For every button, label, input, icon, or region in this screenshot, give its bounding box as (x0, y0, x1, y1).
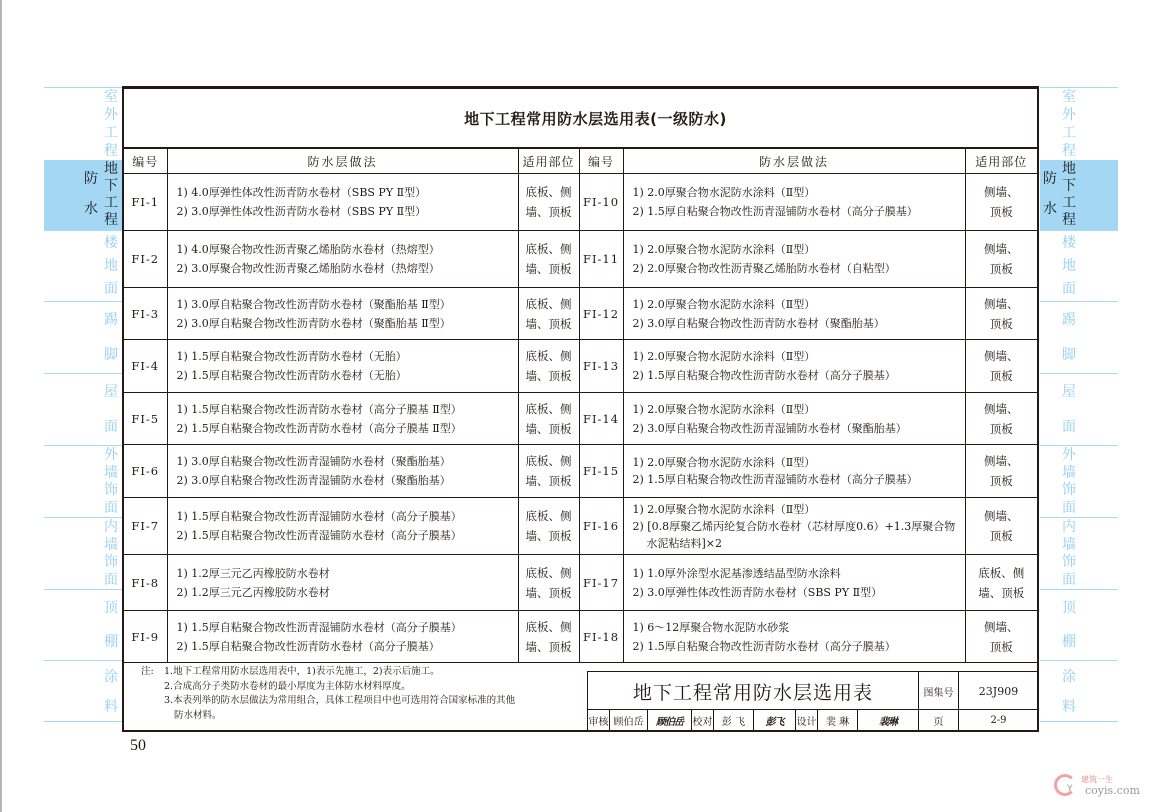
row-scope: 侧墙、顶板 (965, 231, 1037, 288)
side-tab-label: 顶棚 (104, 591, 118, 660)
review-label: 审核 (588, 710, 610, 731)
side-tab-5[interactable]: 外墙饰面 (1040, 445, 1118, 517)
note-item: 3.本表列举的防水层做法为常用组合，具体工程项目中也可选用符合国家标准的其他 (164, 694, 587, 709)
side-tab-6[interactable]: 内墙饰面 (1040, 517, 1118, 589)
side-tab-char: 室 (104, 89, 118, 106)
method-step: 2) 2.0厚聚合物改性沥青聚乙烯胎防水卷材（自粘型） (633, 259, 965, 278)
method-step: 1) 6～12厚聚合物水泥防水砂浆 (633, 618, 965, 637)
table-title: 地下工程常用防水层选用表(一级防水) (464, 108, 727, 129)
atlas-number: 23J909 (959, 672, 1038, 710)
side-tab-category-char: 水 (84, 198, 98, 218)
side-tab-char: 饰 (1062, 482, 1076, 499)
scope-line: 侧墙、 (970, 346, 1034, 366)
page-label: 页 (919, 710, 959, 731)
side-tab-char: 饰 (1062, 554, 1076, 571)
side-tab-label: 涂料 (104, 662, 118, 722)
side-tab-char: 脚 (104, 347, 118, 364)
method-step: 2) 3.0厚自粘聚合物改性沥青湿铺防水卷材（聚酯胎基） (177, 471, 518, 490)
side-tab-2[interactable]: 楼地面 (1040, 230, 1118, 301)
note-item: 1.地下工程常用防水层选用表中，1)表示先施工，2)表示后施工。 (164, 665, 587, 680)
header-code-left: 编号 (124, 149, 167, 174)
scope-line: 顶板 (970, 202, 1034, 222)
row-scope: 侧墙、顶板 (965, 611, 1037, 663)
row-code: FI-8 (124, 555, 167, 611)
side-tab-5[interactable]: 外墙饰面 (44, 445, 122, 517)
method-step: 2) 1.5厚自粘聚合物改性沥青防水卷材（高分子膜基） (633, 637, 965, 656)
side-tab-6[interactable]: 内墙饰面 (44, 517, 122, 589)
page-edge (0, 0, 2, 812)
method-step: 1) 1.5厚自粘聚合物改性沥青湿铺防水卷材（高分子膜基） (177, 618, 518, 637)
scope-line: 侧墙、 (970, 182, 1034, 202)
side-tab-char: 顶 (104, 600, 118, 617)
scope-line: 底板、侧 (523, 617, 575, 637)
side-tab-label: 室外工程 (104, 89, 118, 160)
designer-signature: 裴琳 (858, 710, 919, 731)
method-step: 2) 3.0厚自粘聚合物改性沥青湿铺防水卷材（聚酯胎基） (633, 419, 965, 438)
row-scope: 底板、侧墙、顶板 (518, 340, 579, 393)
table-title-row: 地下工程常用防水层选用表(一级防水) (124, 89, 1037, 148)
side-tab-char: 墙 (1062, 465, 1076, 482)
row-scope: 底板、侧墙、顶板 (965, 555, 1037, 611)
side-tab-char: 楼 (104, 235, 118, 252)
side-tab-char: 面 (1062, 572, 1076, 589)
row-method: 1) 2.0厚聚合物水泥防水涂料（Ⅱ型）2) 2.0厚聚合物改性沥青聚乙烯胎防水… (623, 231, 965, 288)
row-code: FI-10 (579, 174, 623, 231)
reviewer-name: 顾伯岳 (610, 710, 648, 731)
side-tab-7[interactable]: 顶棚 (44, 589, 122, 660)
method-step: 2) 1.5厚自粘聚合物改性沥青湿铺防水卷材（高分子膜基） (633, 471, 965, 488)
side-tab-3[interactable]: 踢脚 (44, 301, 122, 373)
side-tab-char: 屋 (1062, 384, 1076, 401)
row-code: FI-15 (579, 445, 623, 498)
side-tab-char: 踢 (1062, 312, 1076, 329)
side-tab-label: 外墙饰面 (104, 447, 118, 517)
side-tab-8[interactable]: 涂料 (44, 660, 122, 722)
scope-line: 侧墙、 (970, 506, 1034, 526)
side-tab-char: 外 (1062, 107, 1076, 124)
method-step: 1) 1.5厚自粘聚合物改性沥青防水卷材（无胎） (177, 347, 518, 366)
method-step: 1) 3.0厚自粘聚合物改性沥青湿铺防水卷材（聚酯胎基） (177, 452, 518, 471)
method-step: 2) 1.5厚自粘聚合物改性沥青湿铺防水卷材（高分子膜基） (177, 526, 518, 545)
scope-line: 底板、侧 (523, 182, 575, 202)
method-step: 2) 3.0厚聚合物改性沥青聚乙烯胎防水卷材（热熔型） (177, 259, 518, 278)
row-code: FI-13 (579, 340, 623, 393)
table-header-row: 编号 防水层做法 适用部位 编号 防水层做法 适用部位 (124, 149, 1037, 174)
side-tab-char: 面 (104, 419, 118, 436)
side-tab-4[interactable]: 屋面 (1040, 373, 1118, 445)
scope-line: 顶板 (970, 419, 1034, 439)
scope-line: 顶板 (970, 366, 1034, 386)
side-tab-label: 室外工程 (1062, 89, 1076, 160)
note-item: 防水材料。 (164, 709, 587, 724)
method-step: 1) 1.5厚自粘聚合物改性沥青防水卷材（高分子膜基 Ⅱ型） (177, 400, 518, 419)
side-tab-divider (1040, 721, 1118, 722)
method-step: 2) 3.0厚弹性体改性沥青防水卷材（SBS PY Ⅱ型） (177, 202, 518, 221)
side-tab-char: 面 (104, 500, 118, 517)
table-row: FI-21) 4.0厚聚合物改性沥青聚乙烯胎防水卷材（热熔型）2) 3.0厚聚合… (124, 231, 1037, 288)
side-tab-1[interactable]: 地下工程防水 (1040, 160, 1118, 230)
method-step: 1) 1.5厚自粘聚合物改性沥青湿铺防水卷材（高分子膜基） (177, 507, 518, 526)
row-method: 1) 4.0厚弹性体改性沥青防水卷材（SBS PY Ⅱ型）2) 3.0厚弹性体改… (167, 174, 518, 231)
method-step: 1) 2.0厚聚合物水泥防水涂料（Ⅱ型） (633, 295, 965, 314)
title-block: 地下工程常用防水层选用表 图集号 23J909 审核 顾伯岳 顾伯岳 校对 彭 … (587, 671, 1037, 731)
side-tab-char: 室 (1062, 89, 1076, 106)
side-tab-1[interactable]: 地下工程防水 (44, 160, 122, 230)
row-method: 1) 6～12厚聚合物水泥防水砂浆2) 1.5厚自粘聚合物改性沥青防水卷材（高分… (623, 611, 965, 663)
side-tab-char: 面 (104, 281, 118, 298)
row-method: 1) 1.5厚自粘聚合物改性沥青防水卷材（无胎）2) 1.5厚自粘聚合物改性沥青… (167, 340, 518, 393)
row-method: 1) 1.5厚自粘聚合物改性沥青湿铺防水卷材（高分子膜基）2) 1.5厚自粘聚合… (167, 498, 518, 555)
row-scope: 底板、侧墙、顶板 (518, 231, 579, 288)
method-step: 1) 1.2厚三元乙丙橡胶防水卷材 (177, 564, 518, 583)
side-tab-char: 屋 (104, 384, 118, 401)
row-code: FI-7 (124, 498, 167, 555)
side-tab-label: 地下工程 (1062, 161, 1076, 229)
scope-line: 底板、侧 (523, 294, 575, 314)
row-scope: 底板、侧墙、顶板 (518, 174, 579, 231)
atlas-label: 图集号 (919, 672, 959, 710)
scope-line: 墙、顶板 (523, 314, 575, 334)
row-code: FI-6 (124, 445, 167, 498)
side-tab-char: 踢 (104, 312, 118, 329)
row-scope: 侧墙、顶板 (965, 393, 1037, 445)
side-tab-char: 墙 (104, 537, 118, 554)
header-method-right: 防水层做法 (623, 149, 965, 174)
side-tab-4[interactable]: 屋面 (44, 373, 122, 445)
row-method: 1) 2.0厚聚合物水泥防水涂料（Ⅱ型）2) 3.0厚自粘聚合物改性沥青防水卷材… (623, 288, 965, 340)
side-tab-label: 屋面 (104, 375, 118, 445)
side-tab-0[interactable]: 室外工程 (1040, 87, 1118, 160)
row-code: FI-2 (124, 231, 167, 288)
side-tab-char: 工 (1062, 195, 1076, 212)
row-method: 1) 1.5厚自粘聚合物改性沥青湿铺防水卷材（高分子膜基）2) 1.5厚自粘聚合… (167, 611, 518, 663)
method-step: 2) 1.5厚自粘聚合物改性沥青湿铺防水卷材（高分子膜基） (633, 202, 965, 221)
method-step: 2) 1.5厚自粘聚合物改性沥青防水卷材（无胎） (177, 366, 518, 385)
row-code: FI-18 (579, 611, 623, 663)
method-step: 2) 1.5厚自粘聚合物改性沥青防水卷材（高分子膜基） (177, 637, 518, 656)
reviewer-signature: 顾伯岳 (648, 710, 692, 731)
method-step: 2) 3.0厚自粘聚合物改性沥青防水卷材（聚酯胎基 Ⅱ型） (177, 314, 518, 333)
row-method: 1) 1.2厚三元乙丙橡胶防水卷材2) 1.2厚三元乙丙橡胶防水卷材 (167, 555, 518, 611)
row-code: FI-17 (579, 555, 623, 611)
side-tab-char: 外 (104, 447, 118, 464)
method-step: 1) 3.0厚自粘聚合物改性沥青防水卷材（聚酯胎基 Ⅱ型） (177, 295, 518, 314)
scope-line: 顶板 (970, 471, 1034, 491)
notes-label: 注: (141, 665, 154, 680)
notes: 注: 1.地下工程常用防水层选用表中，1)表示先施工，2)表示后施工。 2.合成… (124, 661, 587, 731)
side-tab-divider (44, 721, 122, 722)
scope-line: 底板、侧 (523, 346, 575, 366)
side-tabs-left: 室外工程地下工程防水楼地面踢脚屋面外墙饰面内墙饰面顶棚涂料 (44, 87, 122, 722)
side-tab-char: 面 (104, 572, 118, 589)
table-row: FI-51) 1.5厚自粘聚合物改性沥青防水卷材（高分子膜基 Ⅱ型）2) 1.5… (124, 393, 1037, 445)
method-step: 1) 2.0厚聚合物水泥防水涂料（Ⅱ型） (633, 454, 965, 471)
side-tab-3[interactable]: 踢脚 (1040, 301, 1118, 373)
row-code: FI-4 (124, 340, 167, 393)
side-tab-char: 程 (1062, 212, 1076, 229)
scope-line: 侧墙、 (970, 294, 1034, 314)
scope-line: 底板、侧 (523, 399, 575, 419)
scope-line: 墙、顶板 (523, 583, 575, 603)
method-step: 2) 1.2厚三元乙丙橡胶防水卷材 (177, 583, 518, 602)
side-tab-char: 涂 (104, 669, 118, 686)
side-tab-char: 程 (1062, 143, 1076, 160)
side-tab-label: 内墙饰面 (1062, 519, 1076, 589)
row-scope: 侧墙、顶板 (965, 340, 1037, 393)
scope-line: 顶板 (970, 526, 1034, 546)
drawing-name: 地下工程常用防水层选用表 (588, 672, 919, 710)
side-tab-char: 棚 (104, 634, 118, 651)
page-code: 2-9 (959, 710, 1038, 731)
row-code: FI-12 (579, 288, 623, 340)
row-method: 1) 2.0厚聚合物水泥防水涂料（Ⅱ型）2) 3.0厚自粘聚合物改性沥青湿铺防水… (623, 393, 965, 445)
checker-signature: 彭飞 (754, 710, 796, 731)
row-method: 1) 1.0厚外涂型水泥基渗透结晶型防水涂料2) 3.0厚弹性体改性沥青防水卷材… (623, 555, 965, 611)
side-tab-char: 料 (1062, 699, 1076, 716)
row-scope: 底板、侧墙、顶板 (518, 611, 579, 663)
side-tab-label: 顶棚 (1062, 591, 1076, 660)
side-tab-char: 工 (104, 125, 118, 142)
row-code: FI-3 (124, 288, 167, 340)
side-tab-category-char: 防 (84, 168, 98, 188)
side-tab-0[interactable]: 室外工程 (44, 87, 122, 160)
method-step: 2) 1.5厚自粘聚合物改性沥青防水卷材（高分子膜基 Ⅱ型） (177, 419, 518, 438)
table-row: FI-71) 1.5厚自粘聚合物改性沥青湿铺防水卷材（高分子膜基）2) 1.5厚… (124, 498, 1037, 555)
side-tab-char: 墙 (1062, 537, 1076, 554)
method-step: 2) 3.0厚自粘聚合物改性沥青防水卷材（聚酯胎基） (633, 314, 965, 333)
scope-line: 底板、侧 (523, 563, 575, 583)
side-tab-category-char: 水 (1043, 198, 1057, 218)
side-tab-label: 楼地面 (104, 232, 118, 301)
side-tab-char: 面 (1062, 500, 1076, 517)
side-tab-char: 外 (1062, 447, 1076, 464)
design-label: 设计 (796, 710, 818, 731)
side-tab-char: 下 (1062, 178, 1076, 195)
watermark: Y 建筑一生 coyis.com (1054, 772, 1154, 802)
side-tab-label: 楼地面 (1062, 232, 1076, 301)
row-scope: 底板、侧墙、顶板 (518, 555, 579, 611)
side-tab-label: 地下工程 (104, 161, 118, 229)
waterproofing-table: 编号 防水层做法 适用部位 编号 防水层做法 适用部位 FI-11) 4.0厚弹… (124, 148, 1037, 663)
check-label: 校对 (692, 710, 714, 731)
scope-line: 底板、侧 (523, 239, 575, 259)
side-tab-char: 工 (104, 195, 118, 212)
side-tab-label: 屋面 (1062, 375, 1076, 445)
scope-line: 墙、顶板 (523, 471, 575, 491)
method-step: 2) [0.8厚聚乙烯丙纶复合防水卷材（芯材厚度0.6）+1.3厚聚合物水泥粘结… (633, 518, 965, 552)
method-step: 1) 2.0厚聚合物水泥防水涂料（Ⅱ型） (633, 400, 965, 419)
side-tab-8[interactable]: 涂料 (1040, 660, 1118, 722)
side-tab-char: 料 (104, 699, 118, 716)
side-tabs-right: 室外工程地下工程防水楼地面踢脚屋面外墙饰面内墙饰面顶棚涂料 (1040, 87, 1118, 722)
method-step: 2) 3.0厚弹性体改性沥青防水卷材（SBS PY Ⅱ型） (633, 583, 965, 602)
side-tab-2[interactable]: 楼地面 (44, 230, 122, 301)
side-tab-category-char: 防 (1043, 168, 1057, 188)
header-code-right: 编号 (579, 149, 623, 174)
row-code: FI-14 (579, 393, 623, 445)
method-step: 1) 2.0厚聚合物水泥防水涂料（Ⅱ型） (633, 347, 965, 366)
scope-line: 顶板 (970, 637, 1034, 657)
scope-line: 顶板 (970, 259, 1034, 279)
row-method: 1) 4.0厚聚合物改性沥青聚乙烯胎防水卷材（热熔型）2) 3.0厚聚合物改性沥… (167, 231, 518, 288)
row-scope: 侧墙、顶板 (965, 498, 1037, 555)
method-step: 1) 4.0厚聚合物改性沥青聚乙烯胎防水卷材（热熔型） (177, 240, 518, 259)
side-tab-char: 面 (1062, 419, 1076, 436)
scope-line: 墙、顶板 (970, 583, 1034, 603)
row-scope: 底板、侧墙、顶板 (518, 393, 579, 445)
side-tab-char: 外 (104, 107, 118, 124)
method-step: 1) 2.0厚聚合物水泥防水涂料（Ⅱ型） (633, 183, 965, 202)
method-step: 2) 1.5厚自粘聚合物改性沥青防水卷材（高分子膜基） (633, 366, 965, 385)
row-scope: 侧墙、顶板 (965, 174, 1037, 231)
side-tab-category: 防水 (1043, 168, 1057, 218)
watermark-logo-letter: Y (1067, 784, 1073, 794)
scope-line: 侧墙、 (970, 451, 1034, 471)
side-tab-char: 墙 (104, 465, 118, 482)
side-tab-char: 内 (1062, 519, 1076, 536)
row-method: 1) 1.5厚自粘聚合物改性沥青防水卷材（高分子膜基 Ⅱ型）2) 1.5厚自粘聚… (167, 393, 518, 445)
header-scope-right: 适用部位 (965, 149, 1037, 174)
row-method: 1) 2.0厚聚合物水泥防水涂料（Ⅱ型）2) 1.5厚自粘聚合物改性沥青湿铺防水… (623, 174, 965, 231)
row-code: FI-1 (124, 174, 167, 231)
method-step: 1) 2.0厚聚合物水泥防水涂料（Ⅱ型） (633, 501, 965, 518)
method-step: 1) 4.0厚弹性体改性沥青防水卷材（SBS PY Ⅱ型） (177, 183, 518, 202)
method-step: 1) 2.0厚聚合物水泥防水涂料（Ⅱ型） (633, 240, 965, 259)
side-tab-char: 饰 (104, 482, 118, 499)
row-method: 1) 3.0厚自粘聚合物改性沥青湿铺防水卷材（聚酯胎基）2) 3.0厚自粘聚合物… (167, 445, 518, 498)
row-scope: 侧墙、顶板 (965, 445, 1037, 498)
scope-line: 墙、顶板 (523, 202, 575, 222)
side-tab-char: 下 (104, 178, 118, 195)
table-row: FI-41) 1.5厚自粘聚合物改性沥青防水卷材（无胎）2) 1.5厚自粘聚合物… (124, 340, 1037, 393)
row-code: FI-9 (124, 611, 167, 663)
scope-line: 墙、顶板 (523, 419, 575, 439)
table-row: FI-91) 1.5厚自粘聚合物改性沥青湿铺防水卷材（高分子膜基）2) 1.5厚… (124, 611, 1037, 663)
side-tab-char: 工 (1062, 125, 1076, 142)
note-item: 2.合成高分子类防水卷材的最小厚度为主体防水材料厚度。 (164, 680, 587, 695)
side-tab-char: 脚 (1062, 347, 1076, 364)
side-tab-char: 顶 (1062, 600, 1076, 617)
side-tab-category: 防水 (84, 168, 98, 218)
side-tab-char: 内 (104, 519, 118, 536)
scope-line: 侧墙、 (970, 617, 1034, 637)
side-tab-char: 棚 (1062, 634, 1076, 651)
table-row: FI-81) 1.2厚三元乙丙橡胶防水卷材2) 1.2厚三元乙丙橡胶防水卷材底板… (124, 555, 1037, 611)
side-tab-char: 地 (1062, 258, 1076, 275)
scope-line: 墙、顶板 (523, 637, 575, 657)
method-step: 1) 1.0厚外涂型水泥基渗透结晶型防水涂料 (633, 564, 965, 583)
side-tab-label: 内墙饰面 (104, 519, 118, 589)
drawing-frame: 地下工程常用防水层选用表(一级防水) 编号 防水层做法 适用部位 编号 防水层做… (122, 86, 1039, 732)
scope-line: 底板、侧 (523, 451, 575, 471)
table-row: FI-61) 3.0厚自粘聚合物改性沥青湿铺防水卷材（聚酯胎基）2) 3.0厚自… (124, 445, 1037, 498)
table-row: FI-31) 3.0厚自粘聚合物改性沥青防水卷材（聚酯胎基 Ⅱ型）2) 3.0厚… (124, 288, 1037, 340)
side-tab-char: 程 (104, 143, 118, 160)
table-row: FI-11) 4.0厚弹性体改性沥青防水卷材（SBS PY Ⅱ型）2) 3.0厚… (124, 174, 1037, 231)
side-tab-char: 地 (104, 258, 118, 275)
row-method: 1) 2.0厚聚合物水泥防水涂料（Ⅱ型）2) 1.5厚自粘聚合物改性沥青湿铺防水… (623, 445, 965, 498)
header-method-left: 防水层做法 (167, 149, 518, 174)
side-tab-7[interactable]: 顶棚 (1040, 589, 1118, 660)
side-tab-label: 涂料 (1062, 662, 1076, 722)
side-tab-char: 涂 (1062, 669, 1076, 686)
row-scope: 底板、侧墙、顶板 (518, 498, 579, 555)
row-method: 1) 2.0厚聚合物水泥防水涂料（Ⅱ型）2) 1.5厚自粘聚合物改性沥青防水卷材… (623, 340, 965, 393)
side-tab-char: 楼 (1062, 235, 1076, 252)
row-scope: 底板、侧墙、顶板 (518, 288, 579, 340)
row-method: 1) 2.0厚聚合物水泥防水涂料（Ⅱ型）2) [0.8厚聚乙烯丙纶复合防水卷材（… (623, 498, 965, 555)
designer-name: 裴 琳 (818, 710, 858, 731)
side-tab-label: 踢脚 (104, 303, 118, 373)
side-tab-label: 踢脚 (1062, 303, 1076, 373)
checker-name: 彭 飞 (714, 710, 754, 731)
row-code: FI-5 (124, 393, 167, 445)
side-tab-char: 面 (1062, 281, 1076, 298)
scope-line: 底板、侧 (970, 563, 1034, 583)
row-scope: 底板、侧墙、顶板 (518, 445, 579, 498)
watermark-en: coyis.com (1085, 784, 1140, 797)
page-number: 50 (130, 737, 146, 755)
side-tab-char: 地 (1062, 161, 1076, 178)
scope-line: 底板、侧 (523, 506, 575, 526)
row-method: 1) 3.0厚自粘聚合物改性沥青防水卷材（聚酯胎基 Ⅱ型）2) 3.0厚自粘聚合… (167, 288, 518, 340)
scope-line: 侧墙、 (970, 399, 1034, 419)
row-scope: 侧墙、顶板 (965, 288, 1037, 340)
side-tab-char: 饰 (104, 554, 118, 571)
row-code: FI-11 (579, 231, 623, 288)
scope-line: 墙、顶板 (523, 366, 575, 386)
side-tab-char: 地 (104, 161, 118, 178)
side-tab-label: 外墙饰面 (1062, 447, 1076, 517)
side-tab-char: 程 (104, 212, 118, 229)
scope-line: 墙、顶板 (523, 259, 575, 279)
scope-line: 顶板 (970, 314, 1034, 334)
header-scope-left: 适用部位 (518, 149, 579, 174)
row-code: FI-16 (579, 498, 623, 555)
scope-line: 墙、顶板 (523, 526, 575, 546)
scope-line: 侧墙、 (970, 239, 1034, 259)
